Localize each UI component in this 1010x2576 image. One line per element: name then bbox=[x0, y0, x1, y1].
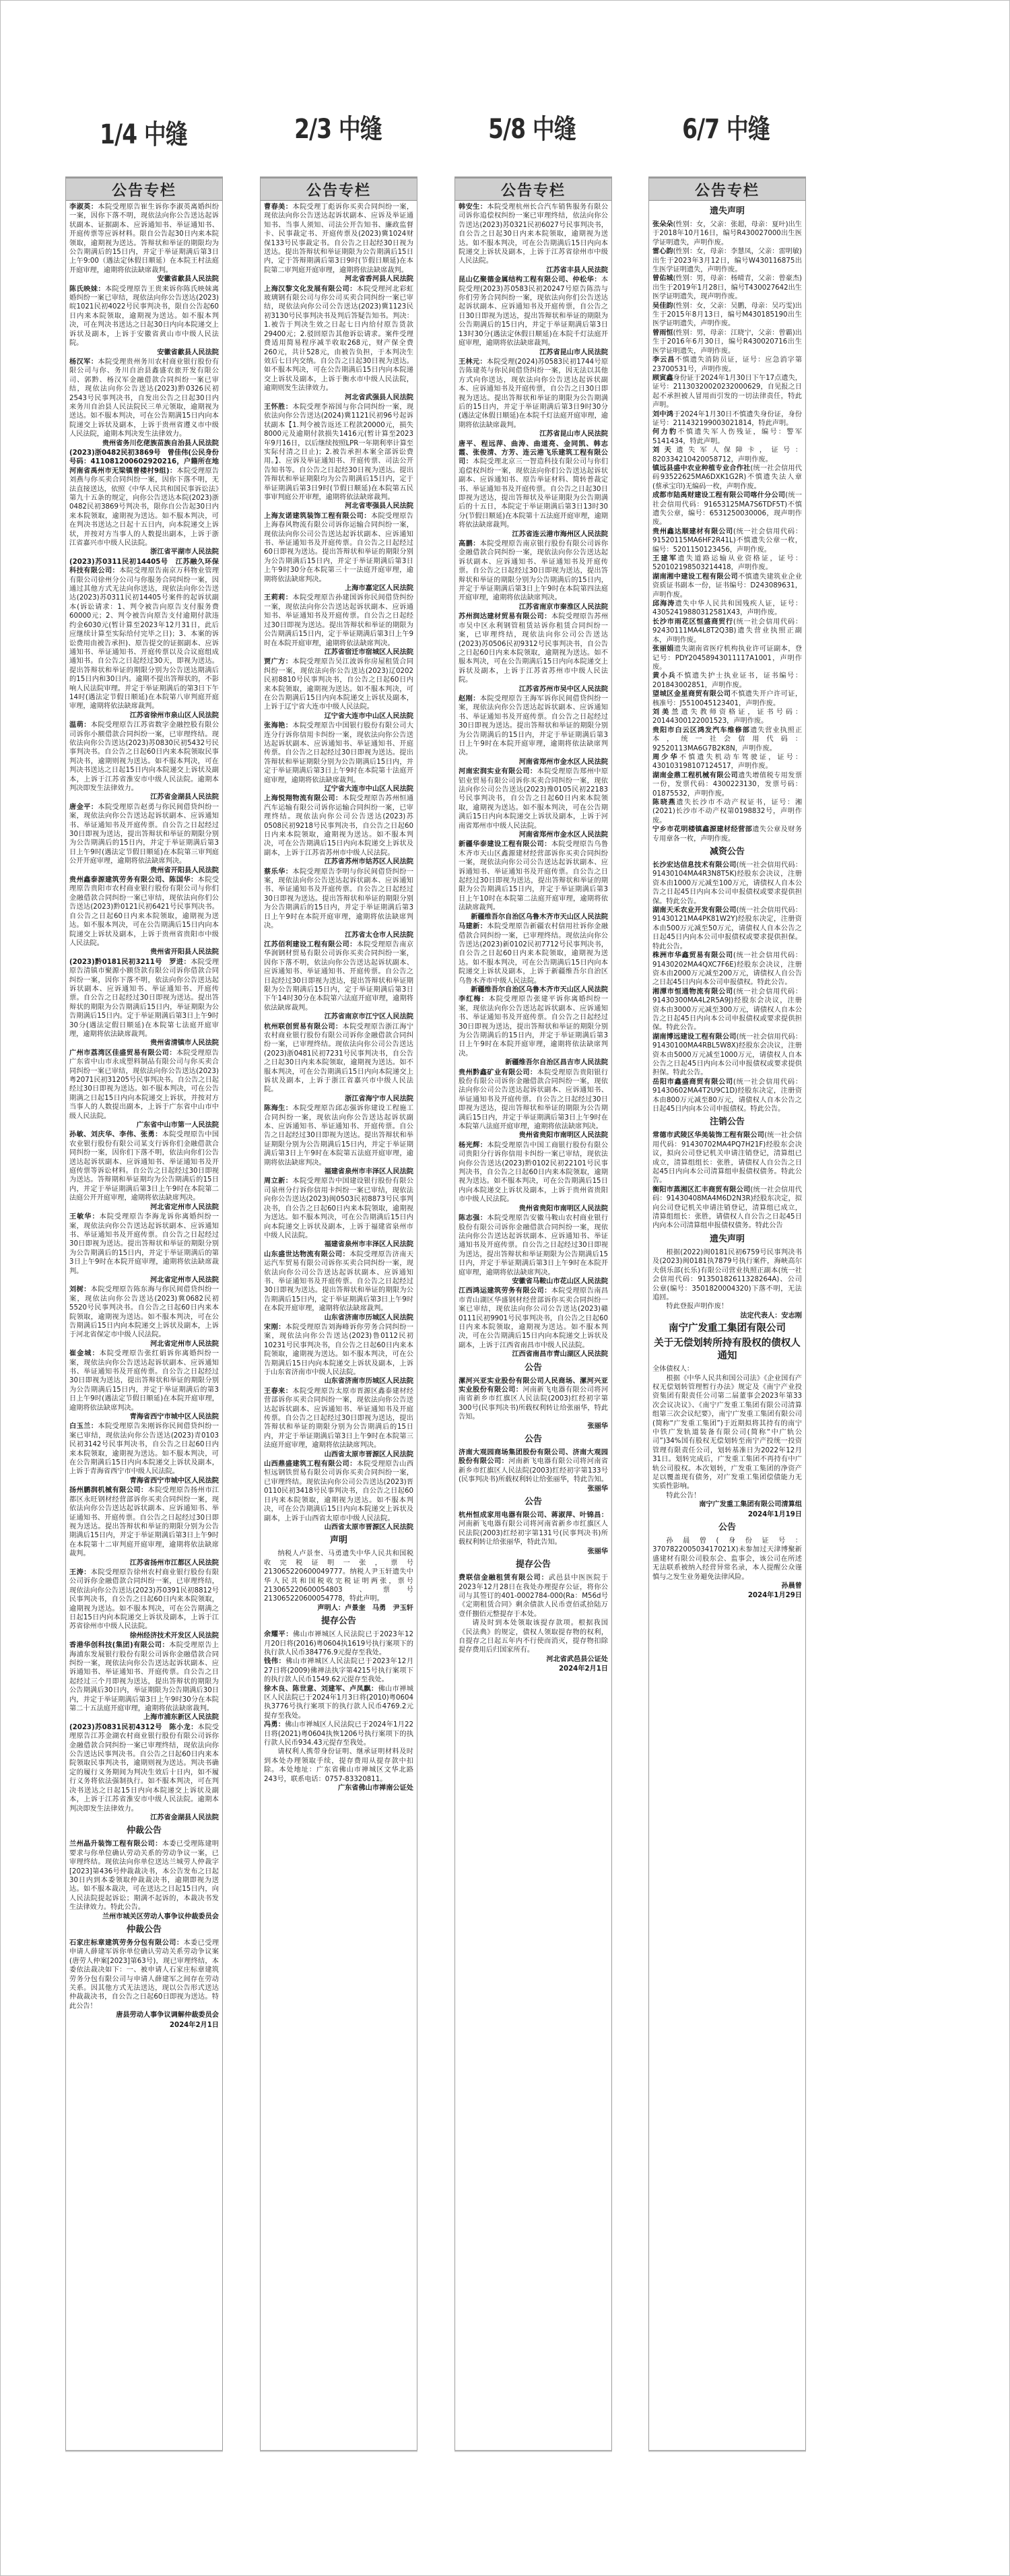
notice-text: 本委已受理申请人薛建军诉你单位确认劳动关系劳动争议案(唐劳人仲案[2023]第6… bbox=[69, 1939, 219, 2010]
notice-addressee: 湖南湘中建设工程有限公司 bbox=[652, 573, 738, 581]
notice-item: 济南大观园商场集团股份有限公司、济南大观园股份有限公司：河南新飞电器有限公司将河… bbox=[459, 1448, 608, 1485]
notice-item: 贵州鑫泰源建筑劳务有限公司、陈国华：本院受理原告贵阳市农村商业银行股份有限公司与… bbox=[69, 876, 219, 948]
notice-signature: 广东省中山市第一人民法院 bbox=[69, 1121, 219, 1130]
section-heading: 仲裁公告 bbox=[69, 1923, 219, 1937]
notice-addressee: 王敏华： bbox=[69, 1213, 100, 1221]
notice-addressee: 曾雨恒 bbox=[652, 329, 673, 337]
notice-item: 上海悦翔物流有限公司：本院受理原告苏州恒通汽车运输有限公司诉你运输合同纠纷一案，… bbox=[264, 794, 413, 858]
notice-signature: 江苏省金湖县人民法院 bbox=[69, 793, 219, 802]
notice-signature: 辽宁省大连市中山区人民法院 bbox=[264, 785, 413, 794]
notice-item: 湖南金鼎工程机械有限公司遗失增值税专用发票一份，发票代码：4300223130，… bbox=[652, 771, 802, 798]
notice-addressee: 衡阳市蒸湘区汇丰商贸有限公司 bbox=[652, 1186, 750, 1194]
notice-addressee: 江苏佰利建设工程有限公司： bbox=[264, 941, 357, 948]
notice-text: 本院受理原告刘海峰诉你劳务合同纠纷一案，现依法向你公告送达(2023)鲁0112… bbox=[264, 1324, 413, 1376]
notice-item: 邱海涛遗失中华人民共和国残疾人证，证号：43052419880312581X43… bbox=[652, 600, 802, 618]
notice-item: 杨光辉：本院受理原告中国工商银行股份有限公司贵阳分行诉你信用卡纠纷一案已审结，现… bbox=[459, 1141, 608, 1204]
notice-item: (2023)苏0311民初14405号 江苏融久环保科技有限公司：本院受理原告南… bbox=[69, 558, 219, 711]
notice-item: 宁乡市花明楼镇鑫源建材经营部遗失公章及财务专用章各一枚，声明作废。 bbox=[652, 825, 802, 843]
notice-signature: 声明人：卢景奎 马勇 尹玉轩 bbox=[264, 1604, 413, 1613]
notice-paragraph: 孙晨曾(身份证号：370782200503417021X)未参加过天津博聚新盛建… bbox=[652, 1537, 802, 1582]
notice-text: (性别：女，父亲：张超，母亲：夏叶)出生于2018年10月16日，编号R4300… bbox=[652, 221, 802, 247]
notice-text: 本院受理原告朱刚诉你民间借贷纠纷一案已审结，现依法向你公告送达(2023)青01… bbox=[69, 1423, 219, 1475]
notice-signature: 江西省南昌市青山湖区人民法院 bbox=[459, 1350, 608, 1359]
column-title: 公告专栏 bbox=[66, 177, 222, 201]
notice-addressee: 曹春美： bbox=[264, 203, 292, 211]
notice-text: 本院受理丁彪诉你买卖合同纠纷一案，现依法向你公告送达起诉状副本、应诉及举证通知书… bbox=[264, 203, 413, 274]
notice-item: 余耀平：佛山市禅城区人民法院已于2023年12月20日将(2016)粤0604执… bbox=[264, 1630, 413, 1657]
notice-addressee: 湘潭市恒通物流有限公司 bbox=[652, 988, 733, 996]
notice-item: 贵州黔鑫矿业有限公司：本院受理原告贵阳银行股份有限公司诉你金融借款合同纠纷一案，… bbox=[459, 1068, 608, 1132]
notice-addressee: 成都市陆禹财建设工程有限公司喀什分公司 bbox=[652, 492, 785, 499]
notice-addressee: 刘中鸿 bbox=[652, 411, 673, 418]
notice-addressee: 雷心韵 bbox=[652, 248, 673, 255]
notice-text: 本院受理原告上海春风物流有限公司诉你运输合同纠纷一案，现依法向你公司公告送达起诉… bbox=[264, 513, 413, 583]
notice-addressee: 昆山亿聚德金属结构工程有限公司、仲松华： bbox=[459, 276, 601, 284]
notice-signature: 河北省定州市人民法院 bbox=[69, 1340, 219, 1349]
notice-text: 本院受理河北彩虹玻璃钢有限公司与你公司买卖合同纠纷一案已审结，现依法向你公司公告… bbox=[264, 286, 413, 392]
notice-item: 张丽娟遗失湖南省医疗机构执业许可证副本，登记号：PDY2045894301111… bbox=[652, 645, 802, 672]
notice-addressee: 余耀平： bbox=[264, 1631, 293, 1638]
notice-paragraph: 特此公告！ bbox=[652, 1491, 802, 1500]
section-heading: 遗失声明 bbox=[652, 1233, 802, 1246]
notice-item: 苏州润达建材贸易有限公司：本院受理原告苏州市吴中区永利钢管租赁站诉你租赁合同纠纷… bbox=[459, 612, 608, 684]
notice-text: (性别：男，母亲：杨晴青，父亲：曾豪杰)出生于2019年1月28日，编号T430… bbox=[652, 275, 802, 300]
notice-text: 本院受理原告苏州市吴中区永利钢管租赁站诉你租赁合同纠纷一案，已审理终结，现依法向… bbox=[459, 613, 608, 684]
notice-text: 本院受理原告江苏金湖农村商业银行股份有限公司诉你金融借款合同纠纷一案已审理终结，… bbox=[69, 1724, 219, 1813]
notice-item: 衡阳市蒸湘区汇丰商贸有限公司(统一社会信用代码：91430408MA4M6D2N… bbox=[652, 1186, 802, 1231]
notice-item: 蔡乐华：本院受理原告李明与你民间借贷纠纷一案，现依法向你公告送达起诉状副本、应诉… bbox=[264, 868, 413, 931]
notice-column-2: 公告专栏 曹春美：本院受理丁彪诉你买卖合同纠纷一案，现依法向你公告送达起诉状副本… bbox=[260, 176, 417, 2451]
notice-signature: 河北省武邑县公证处 bbox=[459, 1655, 608, 1664]
notice-signature: 江苏省昆山市人民法院 bbox=[459, 430, 608, 439]
notice-addressee: 王莉莉： bbox=[264, 594, 292, 602]
notice-signature: 江苏省徐州市泉山区人民法院 bbox=[69, 711, 219, 720]
notice-signature: 法定代表人：安志刚 bbox=[652, 1312, 802, 1320]
notice-addressee: 长沙市雨花区恒盛商贸行 bbox=[652, 618, 733, 626]
notice-addressee: 李红梅： bbox=[459, 996, 489, 1003]
notice-item: (2023)黔0181民初3211号 罗进：本院受理原告清镇市聚源小额贷款有限公… bbox=[69, 958, 219, 1039]
notice-addressee: 王林元： bbox=[459, 358, 487, 366]
notice-addressee: 蔡乐华： bbox=[264, 868, 292, 876]
notice-item: 漯河兴亚实业股份有限公司人民商场、漯河兴亚实业股份有限公司：河南新飞电器有限公司… bbox=[459, 1377, 608, 1422]
notice-item: 费联信金融租赁有限公司：武邑县中医医院于2023年12月28日在我处办理提存公证… bbox=[459, 1574, 608, 1619]
notice-addressee: 常德市武陵区华美装饰工程有限公司 bbox=[652, 1132, 764, 1139]
notice-signature: 江苏省南京市秦淮区人民法院 bbox=[459, 603, 608, 612]
notice-signature: 安徽省歙县人民法院 bbox=[69, 348, 219, 357]
section-heading-large: 南宁广发重工集团有限公司 bbox=[652, 1322, 802, 1335]
notice-item: 徐木良、陈世意、刘建军、卢凤飘：佛山市禅城区人民法院已于2024年1月3日将(2… bbox=[264, 1685, 413, 1721]
notice-addressee: 王怀胜： bbox=[264, 404, 292, 411]
notice-signature: 贵州省开阳县人民法院 bbox=[69, 866, 219, 875]
column-label-4: 6/7 中缝 bbox=[660, 108, 793, 146]
notice-addressee: 河南宏润实业有限公司： bbox=[459, 768, 537, 775]
notice-signature: 唐县劳动人事争议调解仲裁委员会 bbox=[69, 2011, 219, 2020]
notice-item: 杨汉军：本院受理贵州务川农村商业银行股份有限公司与你、务川自治县鑫盛农旅开发有限… bbox=[69, 358, 219, 439]
notice-item: 高鹏：本院受理原告南京银行股份有限公司诉你金融借款合同纠纷一案，现依法向你公告送… bbox=[459, 540, 608, 603]
notice-item: 陈海生：本院受理原告邱志强诉你建设工程施工合同纠纷一案，现依法向你公告送达起诉状… bbox=[264, 1104, 413, 1167]
notice-text: 本院受理原告崔生诉你李淑英离婚纠纷一案，因你下落不明，现依法向你公告送达起诉状副… bbox=[69, 203, 219, 274]
notice-item: 昆山亿聚德金属结构工程有限公司、仲松华：本院受理(2023)苏0583民初202… bbox=[459, 276, 608, 348]
notice-signature: 贵州省开阳县人民法院 bbox=[69, 948, 219, 957]
notice-item: 贵阳市白云区鸿发汽车维修部遗失营业执照正本，统一社会信用代码：92520113M… bbox=[652, 726, 802, 753]
notice-text: 本院受理原告乌鲁木齐市天山区鑫源建材经营部诉你买卖合同纠纷一案，现依法向你公司公… bbox=[459, 841, 608, 911]
notice-paragraph: 纳税人卢景奎、马勇遗失中华人民共和国税收完税证明一张，票号21306522060… bbox=[264, 1549, 413, 1603]
notice-addressee: 山东盛世达物流有限公司： bbox=[264, 1251, 349, 1258]
section-heading: 公告 bbox=[652, 1521, 802, 1535]
notice-item: 黄小兵不慎遗失护士执业证书，证书编号：201843002851，声明作废。 bbox=[652, 672, 802, 690]
notice-signature: 上海市浦东新区人民法院 bbox=[69, 1713, 219, 1722]
notice-signature: 江苏省苏州市吴中区人民法院 bbox=[459, 685, 608, 694]
notice-text: 本院受理李裕国与你合同纠纷一案，现依法向你公告送达(2024)冀1121民初96… bbox=[264, 404, 413, 501]
notice-addressee: 唐金平： bbox=[69, 804, 98, 811]
notice-item: 上海汉黎文化发展有限公司：本院受理河北彩虹玻璃钢有限公司与你公司买卖合同纠纷一案… bbox=[264, 285, 413, 393]
notice-signature: 河南省郑州市金水区人民法院 bbox=[459, 758, 608, 767]
notice-signature: 贵州省务川仡佬族苗族自治县人民法院 bbox=[69, 439, 219, 448]
notice-date: 2024年1月19日 bbox=[652, 1510, 802, 1519]
notice-addressee: 刘美兰 bbox=[652, 709, 681, 716]
notice-item: 张朵朵(性别：女，父亲：张超，母亲：夏叶)出生于2018年10月16日，编号R4… bbox=[652, 220, 802, 247]
notice-addressee: 杨汉军： bbox=[69, 358, 98, 366]
notice-addressee: 周少华 bbox=[652, 754, 679, 761]
notice-addressee: 镇远县盛中农业种植专业合作社 bbox=[652, 465, 750, 472]
section-heading: 注销公告 bbox=[652, 1116, 802, 1129]
notice-item: 陈志强：本院受理原告安徽马鞍山农村商业银行股份有限公司诉你金融借款合同纠纷一案，… bbox=[459, 1214, 608, 1277]
column-title: 公告专栏 bbox=[455, 177, 611, 201]
notice-item: 扬州鹏润机械有限公司：本院受理原告扬州市江都区永旺钢材经营部诉你买卖合同纠纷一案… bbox=[69, 1486, 219, 1558]
section-heading: 公告 bbox=[459, 1361, 608, 1375]
notice-addressee: 湖南金鼎工程机械有限公司 bbox=[652, 772, 738, 779]
notice-item: 孙敏、刘庆华、李伟、张勇：本院受理原告中国农业银行股份有限公司某支行诉你们金融借… bbox=[69, 1130, 219, 1202]
notice-addressee: 陈氏映妹： bbox=[69, 286, 105, 293]
notice-text: 本院受理原告李明与你民间借贷纠纷一案，现依法向你公告送达起诉状副本、应诉通知书、… bbox=[264, 868, 413, 930]
notice-signature: 河北省武强县人民法院 bbox=[264, 393, 413, 402]
notice-addressee: 李淑英： bbox=[69, 203, 98, 211]
notice-text: 遗失中华人民共和国残疾人证，证号：43052419880312581X43，声明… bbox=[652, 600, 802, 616]
notice-addressee: 扬州鹏润机械有限公司： bbox=[69, 1487, 148, 1494]
notice-item: 广州市荔湾区佳盛贸易有限公司：本院受理原告广东省中山市永成塑料制品有限公司与你买… bbox=[69, 1049, 219, 1121]
notice-signature: 张丽华 bbox=[459, 1422, 608, 1431]
section-heading: 仲裁公告 bbox=[69, 1824, 219, 1838]
notice-item: 杭州恒成家用电器有限公司、蒋淑萍、叶锦昌：河南新飞电器有限公司将河南省新乡市红旗… bbox=[459, 1511, 608, 1547]
notice-signature: 江苏省丰县人民法院 bbox=[459, 266, 608, 275]
notice-addressee: 上海悦翔物流有限公司： bbox=[264, 795, 343, 802]
notice-item: 曾佑城(性别：男，母亲：杨晴青，父亲：曾豪杰)出生于2019年1月28日，编号T… bbox=[652, 274, 802, 301]
notice-addressee: 周立新： bbox=[264, 1178, 292, 1185]
notice-text: 本院受理北京三一智造科技有限公司与你们追偿权纠纷一案，现依法向你们公告送达起诉状… bbox=[459, 458, 608, 529]
notice-addressee: 宁乡市花明楼镇鑫源建材经营部 bbox=[652, 826, 752, 833]
notice-item: 湘潭市恒通物流有限公司(统一社会信用代码：91430300MA4L2R5A9J)… bbox=[652, 988, 802, 1033]
notice-item: 崔金城：本院受理原告张红娟诉你离婚纠纷一案，现依法向你公告送达起诉状副本、应诉通… bbox=[69, 1349, 219, 1413]
notice-addressee: 贵州鑫达顺建材有限公司 bbox=[652, 528, 733, 536]
notice-addressee: 马建新： bbox=[459, 923, 487, 930]
notice-signature: 孙晨曾 bbox=[652, 1582, 802, 1590]
section-heading: 提存公告 bbox=[459, 1558, 608, 1572]
notice-item: 株洲市华鑫贸易有限公司(统一社会信用代码：91430202MA4QXC7F6E)… bbox=[652, 951, 802, 988]
notice-addressee: 高鹏： bbox=[459, 540, 480, 548]
notice-addressee: 邱海涛 bbox=[652, 600, 675, 608]
notice-addressee: 赵刚： bbox=[459, 695, 480, 703]
notice-text: 本院受理杭州长合汽车销售服务有限公司诉你追偿权纠纷一案已审理终结，依法向你公告送… bbox=[459, 203, 608, 265]
notice-addressee: 顾寅鑫 bbox=[652, 375, 673, 382]
notice-text: 本院受理原告广东省中山市永成塑料制品有限公司与你买卖合同纠纷一案已审结，现依法向… bbox=[69, 1050, 219, 1120]
notice-item: 贾广方：本院受理原告吴江波诉你房屋租赁合同纠纷一案，现依法向你公告送达(2023… bbox=[264, 657, 413, 711]
notice-addressee: 陈海生： bbox=[264, 1105, 292, 1112]
notice-item: 马建新：本院受理原告新疆农村信用社诉你金融借款合同纠纷一案，已审理终结。现依法向… bbox=[459, 922, 608, 986]
notice-item: 韩安生：本院受理杭州长合汽车销售服务有限公司诉你追偿权纠纷一案已审理终结，依法向… bbox=[459, 203, 608, 266]
notice-text: 佛山市禅城区人民法院已于2024年1月22日将(2021)粤0604执恢1206… bbox=[264, 1721, 413, 1747]
notice-addressee: (2023)苏0831民初4312号 陈小龙： bbox=[69, 1724, 198, 1731]
notice-text: 本院受理原告苏州恒通汽车运输有限公司诉你运输合同纠纷一案，已审理终结。现依法向你… bbox=[264, 795, 413, 856]
notice-item: 湖南天禾农业开发有限公司(统一社会信用代码：91430121MA4PK81W2Y… bbox=[652, 906, 802, 951]
notice-item: 冯勇：佛山市禅城区人民法院已于2024年1月22日将(2021)粤0604执恢1… bbox=[264, 1720, 413, 1747]
notice-signature: 贵州省清镇市人民法院 bbox=[69, 1039, 219, 1048]
notice-addressee: 张朵朵 bbox=[652, 221, 673, 228]
notice-signature: 江苏省连云港市海州区人民法院 bbox=[459, 530, 608, 539]
notice-item: 李云昌不慎遗失消防员证，证号：应急消字第23700531号，声明作废。 bbox=[652, 356, 802, 374]
notice-paragraph: 全体债权人： bbox=[652, 1365, 802, 1374]
notice-text: 本院受理原告张红娟诉你离婚纠纷一案，现依法向你公告送达起诉状副本、应诉通知书、举… bbox=[69, 1350, 219, 1411]
notice-signature: 福建省泉州市丰泽区人民法院 bbox=[264, 1167, 413, 1176]
notice-addressee: 广州市荔湾区佳盛贸易有限公司： bbox=[69, 1050, 176, 1057]
notice-signature: 南宁广发重工集团有限公司清算组 bbox=[652, 1500, 802, 1509]
notice-signature: 江苏省宿迁市宿城区人民法院 bbox=[264, 648, 413, 657]
notice-signature: 徐州经济技术开发区人民法院 bbox=[69, 1632, 219, 1640]
notice-item: 望城区金星商贸有限公司不慎遗失开户许可证，核准号：J5510045123401，… bbox=[652, 690, 802, 708]
notice-item: 唐平、程远萍、曲涛、曲道亮、金同凯、韩志霞、张俊清、方芳、连云港飞乐建筑工程有限… bbox=[459, 440, 608, 530]
notice-item: 刘美兰遗失教师资格证，证书号码：20144300122001523，声明作废。 bbox=[652, 708, 802, 726]
notice-signature: 福建省泉州市丰泽区人民法院 bbox=[264, 1240, 413, 1249]
notice-signature: 辽宁省大连市中山区人民法院 bbox=[264, 712, 413, 721]
notice-signature: 江苏省南京市江宁区人民法院 bbox=[264, 1012, 413, 1021]
notice-text: 本院受理原告江苏省数字金融控股有限公司诉你小额借款合同纠纷一案，已审理终结。现依… bbox=[69, 721, 219, 792]
notice-signature: 浙江省海宁市人民法院 bbox=[264, 1095, 413, 1103]
notice-item: 镇远县盛中农业种植专业合作社(统一社会信用代码93522625MA6DXK1G2… bbox=[652, 464, 802, 491]
notice-item: 兰州晶升装饰工程有限公司：本委已受理陈建明要求与你单位确认劳动关系的劳动争议一案… bbox=[69, 1840, 219, 1912]
notice-signature: 山东省济南市历城区人民法院 bbox=[264, 1314, 413, 1322]
notice-signature: 河北省定州市人民法院 bbox=[69, 1276, 219, 1285]
notice-item: 钱伟：佛山市禅城区人民法院已于2023年12月27日将(2009)佛禅法执字第4… bbox=[264, 1657, 413, 1684]
notice-text: (性别：女，父亲：吴鹏，母亲：吴巧雯)出生于2015年8月13日，编号M4301… bbox=[652, 302, 802, 328]
notice-addressee: 徐木良、陈世意、刘建军、卢凤飘： bbox=[264, 1685, 378, 1693]
notice-item: 常德市武陵区华美装饰工程有限公司(统一社会信用代码：91430702MA4PQ7… bbox=[652, 1131, 802, 1185]
notice-addressee: 兰州晶升装饰工程有限公司： bbox=[69, 1840, 162, 1848]
notice-date: 2024年2月1日 bbox=[69, 2021, 219, 2030]
notice-item: 刘中鸿于2024年1月30日不慎遗失身份证，身份证号：2114321990030… bbox=[652, 410, 802, 428]
notice-text: 本院受理原告安徽马鞍山农村商业银行股份有限公司诉你金融借款合同纠纷一案，现依法向… bbox=[459, 1215, 608, 1276]
notice-addressee: (2023)黔0181民初3211号 罗进： bbox=[69, 959, 191, 966]
notice-signature: 青海省西宁市城中区人民法院 bbox=[69, 1413, 219, 1421]
notice-text: 本院受理原告新疆农村信用社诉你金融借款合同纠纷一案，已审理终结。现依法向你公告送… bbox=[459, 923, 608, 984]
notice-signature: 安徽省歙县人民法院 bbox=[69, 275, 219, 284]
notice-item: 贵州鑫达顺建材有限公司(统一社会信用代码：91520115MA6HF2R41L)… bbox=[652, 527, 802, 554]
notice-text: 遗失湖南省医疗机构执业许可证副本，登记号：PDY20458943011117A1… bbox=[652, 645, 802, 671]
notice-item: 王莉莉：本院受理原告孙建国诉你民间借贷纠纷一案，现依法向你公告送达起诉状副本、应… bbox=[264, 593, 413, 647]
notice-item: 张海艳：本院受理原告中国银行股份有限公司大连分行诉你信用卡纠纷一案，现依法向你公… bbox=[264, 721, 413, 785]
notice-addressee: 何力豹 bbox=[652, 428, 677, 436]
notice-text: 河南新飞电器有限公司将河南省新乡市红旗区人民法院(2003)红经初字第131号(… bbox=[459, 1520, 608, 1546]
notice-item: 杭州联创贸易有限公司：本院受理原告浙江海宁农村商业银行股份有限公司诉你金融借款合… bbox=[264, 1023, 413, 1095]
notice-text: 本委已受理陈建明要求与你单位确认劳动关系的劳动争议一案，已审理终结。现依法向你单… bbox=[69, 1840, 219, 1911]
column-title: 公告专栏 bbox=[649, 177, 805, 201]
column-title: 公告专栏 bbox=[261, 177, 417, 201]
section-heading: 减资公告 bbox=[652, 845, 802, 859]
notice-item: 王怀胜：本院受理李裕国与你合同纠纷一案，现依法向你公告送达(2024)冀1121… bbox=[264, 403, 413, 502]
section-heading: 声明 bbox=[264, 1534, 413, 1547]
notice-signature: 河南省郑州市金水区人民法院 bbox=[459, 831, 608, 839]
notice-signature: 江苏省苏州市姑苏区人民法院 bbox=[264, 858, 413, 866]
notice-signature: 张丽华 bbox=[459, 1547, 608, 1556]
notice-addressee: 贵阳市白云区鸿发汽车维修部 bbox=[652, 727, 750, 734]
notice-addressee: 岳阳市鑫盛商贸有限公司 bbox=[652, 1078, 733, 1086]
notice-addressee: 上海友诺建筑装饰工程有限公司： bbox=[264, 513, 371, 520]
notice-addressee: 刘天 bbox=[652, 447, 676, 454]
notice-item: 王敏华：本院受理原告李海龙诉你离婚纠纷一案，现依法向你公告送达起诉状副本、应诉通… bbox=[69, 1213, 219, 1276]
notice-column-3: 公告专栏 韩安生：本院受理杭州长合汽车销售服务有限公司诉你追偿权纠纷一案已审理终… bbox=[454, 176, 612, 2451]
notice-signature: 上海市嘉定区人民法院 bbox=[264, 584, 413, 593]
notice-text: 本院受理原告李海龙诉你离婚纠纷一案，现依法向你公告送达起诉状副本、应诉通知书、举… bbox=[69, 1213, 219, 1275]
notice-text: 本院受理原告贵阳银行股份有限公司诉你金融借款合同纠纷一案，现依法向你公司公告送达… bbox=[459, 1069, 608, 1130]
notice-text: 本院受理原告中国银行股份有限公司大连分行诉你信用卡纠纷一案，现依法向你公告送达起… bbox=[264, 722, 413, 783]
column-body: 韩安生：本院受理杭州长合汽车销售服务有限公司诉你追偿权纠纷一案已审理终结，依法向… bbox=[455, 201, 611, 1677]
notice-item: 长沙市雨花区恒盛商贸行(统一社会信用代码：92430111MA4L8T2Q3B)… bbox=[652, 618, 802, 645]
notice-item: 白玉兰：本院受理原告朱刚诉你民间借贷纠纷一案已审结，现依法向你公告送达(2023… bbox=[69, 1422, 219, 1476]
notice-item: 周少华不慎遗失机动车驾驶证，证号：430103198107124517，声明作废… bbox=[652, 753, 802, 771]
column-label-2: 2/3 中缝 bbox=[272, 108, 405, 146]
notice-signature: 安徽省马鞍山市花山区人民法院 bbox=[459, 1277, 608, 1286]
notice-addressee: 钱伟： bbox=[264, 1658, 285, 1665]
notice-addressee: 杭州恒成家用电器有限公司、蒋淑萍、叶锦昌： bbox=[459, 1512, 608, 1519]
column-label-1: 1/4 中缝 bbox=[77, 113, 210, 152]
notice-item: 山西鼎盛建筑工程有限公司：本院受理原告山西恒远钢铁贸易有限公司诉你买卖合同纠纷一… bbox=[264, 1460, 413, 1523]
notice-addressee: 杨光辉： bbox=[459, 1142, 487, 1149]
section-heading: 公告 bbox=[459, 1433, 608, 1446]
notice-addressee: 香港华创科技(集团)有限公司： bbox=[69, 1642, 169, 1649]
notice-text: 本院受理原告郑州中原铝业贸易有限公司诉你买卖合同纠纷一案，现依法向你公司公告送达… bbox=[459, 768, 608, 829]
notice-addressee: 王涛： bbox=[69, 1569, 91, 1576]
notice-item: 成都市陆禹财建设工程有限公司喀什分公司(统一社会信用代码：91653125MA7… bbox=[652, 491, 802, 527]
notice-signature: 山西省太原市晋源区人民法院 bbox=[264, 1523, 413, 1532]
notice-item: 江西鸿运建筑劳务有限公司：本院受理原告南昌市青山湖区华盛钢材经营部诉你买卖合同纠… bbox=[459, 1287, 608, 1350]
notice-text: 本院受理原告陈东海与你民间借贷纠纷一案，现依法向你公告送达(2023)冀0682… bbox=[69, 1286, 219, 1339]
column-body: 曹春美：本院受理丁彪诉你买卖合同纠纷一案，现依法向你公告送达起诉状副本、应诉及举… bbox=[261, 201, 417, 1796]
notice-text: 本院受理原告南京万科物业管理有限公司徐州分公司与你服务合同纠纷一案，因通过其他方… bbox=[69, 567, 219, 710]
notice-signature: 贵州省贵阳市南明区人民法院 bbox=[459, 1131, 608, 1140]
notice-text: 本院受理原告清镇市聚源小额贷款有限公司诉你借款合同纠纷一案，因你下落不明，依法向… bbox=[69, 959, 219, 1038]
notice-signature: 贵州省贵阳市南明区人民法院 bbox=[459, 1204, 608, 1213]
notice-text: 本院受理原告徐州农村商业银行股份有限公司诉你金融借款合同纠纷一案，已审理终结，现… bbox=[69, 1569, 219, 1630]
notice-item: 曾雨恒(性别：男，母亲：江晓宁，父亲：曾霸)出生于2016年6月30日，编号R4… bbox=[652, 329, 802, 356]
notice-item: 河南宏润实业有限公司：本院受理原告郑州中原铝业贸易有限公司诉你买卖合同纠纷一案，… bbox=[459, 767, 608, 831]
notice-item: 周立新：本院受理原告中国建设银行股份有限公司泉州分行诉你信用卡纠纷一案已审结，现… bbox=[264, 1177, 413, 1240]
notice-paragraph: 特此登报声明作废！ bbox=[652, 1302, 802, 1311]
notice-text: 本院受理原告赵勇与你民间借贷纠纷一案，现依法向你公告送达起诉状副本、应诉通知书、… bbox=[69, 804, 219, 865]
notice-paragraph: 请权利人携带身份证明、继承证明材料及时到本处办理领取手续，提存费用从提存款中扣除… bbox=[264, 1747, 413, 1784]
notice-signature: 河北省香河县人民法院 bbox=[264, 275, 413, 284]
notice-addressee: 陈志强： bbox=[459, 1215, 487, 1222]
notice-addressee: 费联信金融租赁有限公司： bbox=[459, 1574, 549, 1582]
notice-text: 本院受理(2024)苏0583民初1744号原告陈建英与你民间借贷纠纷一案，因无… bbox=[459, 358, 608, 429]
notice-text: 本院受理原告山西恒远钢铁贸易有限公司诉你买卖合同纠纷一案，已审理终结。现依法向你… bbox=[264, 1460, 413, 1522]
notice-addressee: 曾佑城 bbox=[652, 275, 673, 282]
notice-text: 本院受理原告孙建国诉你民间借贷纠纷一案，现依法向你公告送达起诉状副本、应诉通知书… bbox=[264, 594, 413, 647]
notice-item: 李淑英：本院受理原告崔生诉你李淑英离婚纠纷一案，因你下落不明，现依法向你公告送达… bbox=[69, 203, 219, 275]
notice-text: 本院受理原告王贵来诉你陈氏映妹离婚纠纷一案已审结，现依法向你公告送达(2023)… bbox=[69, 286, 219, 347]
notice-signature: 青海省西宁市城中区人民法院 bbox=[69, 1477, 219, 1485]
notice-column-4: 公告专栏 遗失声明张朵朵(性别：女，父亲：张超，母亲：夏叶)出生于2018年10… bbox=[648, 176, 806, 2451]
notice-signature: 江苏省昆山市人民法院 bbox=[459, 348, 608, 357]
notice-text: 身份证于2024年1月30日下午17点遗失，证号：211303200202320… bbox=[652, 375, 802, 409]
notice-item: 宋刚：本院受理原告刘海峰诉你劳务合同纠纷一案，现依法向你公告送达(2023)鲁0… bbox=[264, 1323, 413, 1377]
notice-addressee: 长沙宏达信息技术有限公司 bbox=[652, 862, 737, 869]
notice-addressee: 山西鼎盛建筑工程有限公司： bbox=[264, 1460, 357, 1468]
notice-text: 不慎遗失消防员证，证号：应急消字第23700531号，声明作废。 bbox=[652, 356, 802, 373]
notice-text: 本院受理原告中国建设银行股份有限公司泉州分行诉你信用卡纠纷一案已审结，现依法向你… bbox=[264, 1178, 413, 1239]
notice-signature: 江苏省扬州市江都区人民法院 bbox=[69, 1559, 219, 1568]
notice-addressee: 湖南博远建设工程有限公司 bbox=[652, 1033, 737, 1041]
notice-paragraph: 根据(2022)闽0181民初6759号民事判决书及(2023)闽0181执78… bbox=[652, 1248, 802, 1302]
notice-addressee: 温萌： bbox=[69, 721, 91, 729]
notice-text: 本院受理原告扬州市江都区永旺钢材经营部诉你买卖合同纠纷一案，现依法向你公告送达起… bbox=[69, 1487, 219, 1557]
notice-signature: 新疆维吾尔自治区乌鲁木齐市天山区人民法院 bbox=[459, 913, 608, 922]
notice-addressee: 贾广方： bbox=[264, 658, 292, 666]
notice-addressee: 韩安生： bbox=[459, 203, 487, 211]
notice-item: 李红梅：本院受理原告张建平诉你离婚纠纷一案，现依法向你公告送达起诉状副本、应诉通… bbox=[459, 995, 608, 1058]
notice-item: 湖南湘中建设工程有限公司不慎遗失建筑业企业资质证书副本一份，证书编号：D2430… bbox=[652, 573, 802, 600]
notice-text: 本院受理原告中国农业银行股份有限公司某支行诉你们金融借款合同纠纷一案，因你们下落… bbox=[69, 1131, 219, 1202]
notice-addressee: 王建军 bbox=[652, 555, 677, 562]
notice-addressee: 新疆华泰建设工程有限公司： bbox=[459, 841, 551, 848]
notice-addressee: 株洲市华鑫贸易有限公司 bbox=[652, 952, 733, 959]
notice-item: 新疆华泰建设工程有限公司：本院受理原告乌鲁木齐市天山区鑫源建材经营部诉你买卖合同… bbox=[459, 840, 608, 912]
notice-addressee: 江西鸿运建筑劳务有限公司： bbox=[459, 1287, 551, 1295]
notice-text: 本院受理原告王海军诉你民间借贷纠纷一案，现依法向你公告送达起诉状副本、应诉通知书… bbox=[459, 695, 608, 756]
notice-column-1: 公告专栏 李淑英：本院受理原告崔生诉你李淑英离婚纠纷一案，因你下落不明，现依法向… bbox=[65, 176, 223, 2451]
column-body: 李淑英：本院受理原告崔生诉你李淑英离婚纠纷一案，因你下落不明，现依法向你公告送达… bbox=[66, 201, 222, 2032]
notice-addressee: 冯勇： bbox=[264, 1721, 285, 1729]
notice-signature: 兰州市城关区劳动人事争议仲裁委员会 bbox=[69, 1912, 219, 1921]
notice-text: 本院受理原告中国工商银行股份有限公司贵阳分行诉你信用卡纠纷一案已审结，现依法向你… bbox=[459, 1142, 608, 1203]
notice-addressee: 宋刚： bbox=[264, 1324, 285, 1331]
notice-text: (性别：男，母亲：江晓宁，父亲：曾霸)出生于2016年6月30日，编号R4300… bbox=[652, 329, 802, 355]
notice-item: 陈晓燕遗失长沙市不动产权证书，证号：湘(2021)长沙市不动产权第0198832… bbox=[652, 798, 802, 825]
notice-addressee: 贵州黔鑫矿业有限公司： bbox=[459, 1069, 537, 1076]
notice-text: 本院受理原告贵阳市农村商业银行股份有限公司与你们金融借款合同纠纷一案已审结，现依… bbox=[69, 876, 219, 947]
notice-item: 王林元：本院受理(2024)苏0583民初1744号原告陈建英与你民间借贷纠纷一… bbox=[459, 358, 608, 430]
notice-addressee: 苏州润达建材贸易有限公司： bbox=[459, 613, 551, 620]
notice-item: 石家庄标章建筑劳务分包有限公司：本委已受理申请人薛建军诉你单位确认劳动关系劳动争… bbox=[69, 1939, 219, 2011]
notice-text: 本院受理原告南京银行股份有限公司诉你金融借款合同纠纷一案，现依法向你公告送达起诉… bbox=[459, 540, 608, 602]
notice-item: (2023)浙0482民初3869号 曾佳伟(公民身份号码：4110812006… bbox=[69, 449, 219, 548]
notice-addressee: 望城区金星商贸有限公司 bbox=[652, 690, 731, 698]
notice-item: 刘天遗失军人保障卡，证号：820334210420058712，声明作废。 bbox=[652, 446, 802, 464]
notice-item: 温萌：本院受理原告江苏省数字金融控股有限公司诉你小额借款合同纠纷一案，已审理终结… bbox=[69, 721, 219, 793]
notice-text: 本院受理原告吴江波诉你房屋租赁合同纠纷一案，现依法向你公告送达(2023)辽02… bbox=[264, 658, 413, 711]
section-heading: 提存公告 bbox=[264, 1615, 413, 1628]
section-heading: 公告 bbox=[459, 1495, 608, 1509]
notice-text: 本院受理原告邱志强诉你建设工程施工合同纠纷一案，现依法向你公告送达起诉状副本、应… bbox=[264, 1105, 413, 1166]
notice-text: 本院受理原告浙江海宁农村商业银行股份有限公司诉你金融借款合同纠纷一案，已审理终结… bbox=[264, 1023, 413, 1094]
notice-signature: 河北省定州市人民法院 bbox=[69, 1203, 219, 1212]
notice-signature: 浙江省平湖市人民法院 bbox=[69, 548, 219, 556]
notice-addressee: 石家庄标章建筑劳务分包有限公司： bbox=[69, 1939, 183, 1947]
notice-addressee: 陈晓燕 bbox=[652, 799, 676, 806]
notice-item: 王涛：本院受理原告徐州农村商业银行股份有限公司诉你金融借款合同纠纷一案，已审理终… bbox=[69, 1568, 219, 1632]
notice-text: 本院受理原告南京华润钢材贸易有限公司诉你买卖合同纠纷一案，因你下落不明，依法向你… bbox=[264, 941, 413, 1012]
notice-date: 2024年1月29日 bbox=[652, 1591, 802, 1600]
notice-signature: 广东省佛山市禅南公证处 bbox=[264, 1784, 413, 1793]
notice-item: 山东盛世达物流有限公司：本院受理原告济南天运汽车贸易有限公司诉你买卖合同纠纷一案… bbox=[264, 1250, 413, 1314]
notice-text: 本院受理原告刘燕与你买卖合同纠纷一案，因你下落不明，无法直接送达，依照《中华人民… bbox=[69, 468, 219, 547]
